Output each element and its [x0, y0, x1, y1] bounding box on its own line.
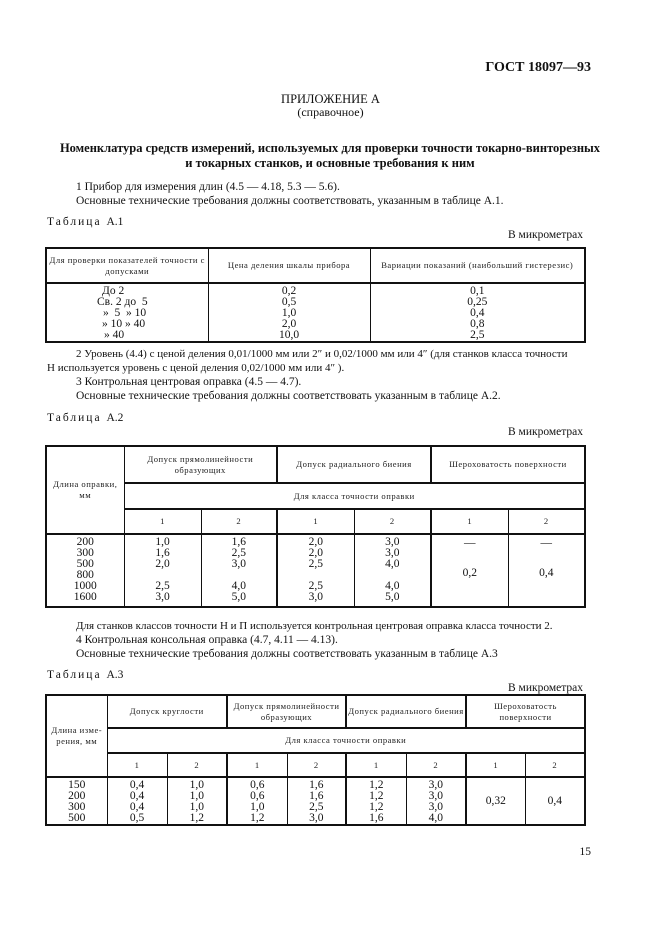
table-a1-header-tolerance: Для проверки показателей точности с допу…: [46, 248, 208, 283]
class-header-7: 1: [466, 753, 525, 777]
section-heading: Номенклатура средств измерений, использу…: [40, 141, 620, 171]
table-a2-units: В микрометрах: [508, 426, 583, 438]
table-a1-col-tolerance: До 2Св. 2 до 5» 5 » 10» 10 » 40» 40: [46, 283, 208, 342]
table-a2-header-straightness: Допуск прямолинейности образующих: [124, 446, 277, 483]
table-cell: 1,2: [228, 813, 287, 824]
paragraph-4: 3 Контрольная центровая оправка (4.5 — 4…: [76, 375, 301, 389]
table-a3-col-straight-1: 0,60,61,01,2: [227, 777, 287, 825]
table-cell: 5,0: [202, 592, 277, 603]
roughness-value: 0,4: [509, 568, 585, 579]
table-cell: 1,6: [347, 813, 406, 824]
table-a3-units: В микрометрах: [508, 682, 583, 694]
table-a2-col-radial-1: 2,02,02,5 2,53,0: [277, 534, 354, 607]
table-a2-col-roughness-2: — 0,4: [508, 534, 585, 607]
table-a3-col-round-1: 0,40,40,40,5: [107, 777, 167, 825]
table-a3-caption: Таблица А.3: [47, 669, 123, 681]
class-header-2: 2: [167, 753, 227, 777]
table-cell: 10,0: [209, 330, 370, 341]
table-a3-header-roundness: Допуск круглости: [107, 695, 227, 728]
table-cell: 4,0: [407, 813, 466, 824]
table-a3-header-straightness: Допуск прямолинейности образующих: [227, 695, 346, 728]
table-cell: » 40: [47, 330, 208, 341]
table-a3-header-length: Длина изме-рения, мм: [46, 695, 107, 777]
table-a1-header-scale: Цена деления шкалы прибора: [208, 248, 370, 283]
class-header-6: 2: [406, 753, 466, 777]
roughness-dash: —: [432, 538, 508, 549]
paragraph-7: 4 Контрольная консольная оправка (4.7, 4…: [76, 633, 338, 647]
table-a2-col-radial-2: 3,03,04,0 4,05,0: [354, 534, 431, 607]
roughness-dash: —: [509, 538, 585, 549]
table-a3-col-radial-2: 3,03,03,04,0: [406, 777, 466, 825]
table-a1-caption: Таблица А.1: [47, 216, 123, 228]
table-cell: 5,0: [355, 592, 431, 603]
table-cell: » 10 » 40: [47, 319, 208, 330]
heading-line-2: и токарных станков, и основные требовани…: [40, 156, 620, 171]
class-header-6: 2: [508, 509, 585, 534]
table-a2-col-straight-1: 1,01,62,0 2,53,0: [124, 534, 201, 607]
page-number: 15: [580, 846, 592, 858]
table-caption-word: Таблица: [47, 216, 102, 228]
table-a3-col-roughness-1: 0,32: [466, 777, 525, 825]
paragraph-2: Основные технические требования должны с…: [76, 194, 504, 208]
table-a1: Для проверки показателей точности с допу…: [45, 247, 586, 343]
table-a1-units: В микрометрах: [508, 229, 583, 241]
table-a3-header-radial: Допуск радиального биения: [346, 695, 466, 728]
table-caption-number: А.2: [106, 412, 123, 424]
paragraph-1: 1 Прибор для измерения длин (4.5 — 4.18,…: [76, 180, 340, 194]
table-a2-caption: Таблица А.2: [47, 412, 123, 424]
paragraph-6: Для станков классов точности Н и П испол…: [76, 619, 553, 633]
table-cell: 3,0: [125, 592, 201, 603]
appendix-subtitle: (справочное): [0, 105, 661, 120]
table-a1-col-hysteresis: 0,10,250,40,82,5: [370, 283, 585, 342]
table-a3-header-roughness: Шероховатость поверхности: [466, 695, 585, 728]
class-header-1: 1: [124, 509, 201, 534]
table-a1-col-scale: 0,20,51,02,010,0: [208, 283, 370, 342]
table-cell: 1,2: [168, 813, 227, 824]
table-a2-class-label: Для класса точности оправки: [124, 483, 585, 509]
table-caption-word: Таблица: [47, 412, 102, 424]
paragraph-3b: Н используется уровень с ценой деления 0…: [47, 361, 344, 375]
class-header-4: 2: [354, 509, 431, 534]
heading-line-1: Номенклатура средств измерений, использу…: [40, 141, 620, 156]
table-a3-col-round-2: 1,01,01,01,2: [167, 777, 227, 825]
table-caption-number: А.1: [106, 216, 123, 228]
paragraph-8: Основные технические требования должны с…: [76, 647, 498, 661]
table-cell: 1600: [47, 592, 124, 603]
table-a3-col-roughness-2: 0,4: [525, 777, 585, 825]
table-a3-class-label: Для класса точности оправки: [107, 728, 585, 753]
class-header-4: 2: [287, 753, 346, 777]
table-a1-header-hysteresis: Вариации показаний (наибольший гистерези…: [370, 248, 585, 283]
class-header-3: 1: [227, 753, 287, 777]
table-a2-col-roughness-1: — 0,2: [431, 534, 508, 607]
table-a3: Длина изме-рения, мм Допуск круглости До…: [45, 694, 586, 826]
table-a2-col-length: 20030050080010001600: [46, 534, 124, 607]
class-header-3: 1: [277, 509, 354, 534]
class-header-5: 1: [431, 509, 508, 534]
class-header-2: 2: [201, 509, 277, 534]
class-header-5: 1: [346, 753, 406, 777]
table-a2-col-straight-2: 1,62,53,0 4,05,0: [201, 534, 277, 607]
table-a3-col-straight-2: 1,61,62,53,0: [287, 777, 346, 825]
class-header-1: 1: [107, 753, 167, 777]
table-cell: 500: [47, 813, 107, 824]
table-caption-word: Таблица: [47, 669, 102, 681]
table-cell: 3,0: [278, 592, 354, 603]
standard-number: ГОСТ 18097—93: [485, 60, 591, 76]
table-a3-col-length: 150200300500: [46, 777, 107, 825]
table-cell: 2,5: [371, 330, 585, 341]
table-a2-header-length: Длина оправки, мм: [46, 446, 124, 534]
table-a2: Длина оправки, мм Допуск прямолинейности…: [45, 445, 586, 608]
table-a2-header-roughness: Шероховатость поверхности: [431, 446, 585, 483]
table-cell: 0,5: [108, 813, 167, 824]
class-header-8: 2: [525, 753, 585, 777]
table-a2-header-radial: Допуск радиального биения: [277, 446, 431, 483]
table-a3-col-radial-1: 1,21,21,21,6: [346, 777, 406, 825]
table-caption-number: А.3: [106, 669, 123, 681]
paragraph-5: Основные технические требования должны с…: [76, 389, 501, 403]
table-cell: 3,0: [288, 813, 346, 824]
roughness-value: 0,2: [432, 568, 508, 579]
paragraph-3a: 2 Уровень (4.4) с ценой деления 0,01/100…: [76, 347, 567, 361]
